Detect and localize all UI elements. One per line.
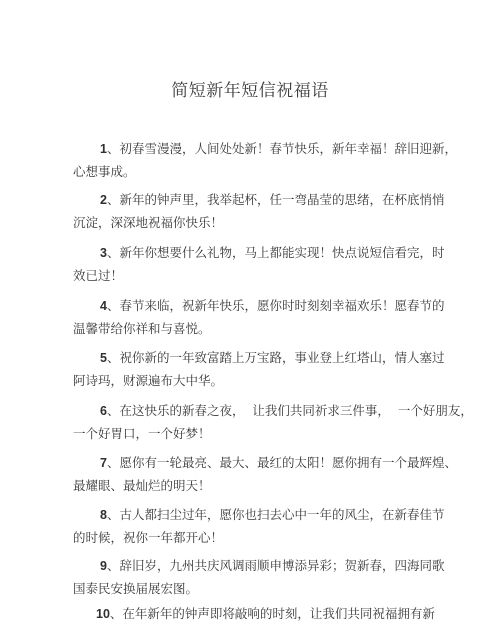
- item-separator: 、: [110, 606, 123, 621]
- item-separator: 、: [107, 298, 120, 313]
- greeting-line-1: 10、在年新年的钟声即将敲响的时刻，让我们共同祝福拥有新: [96, 607, 435, 621]
- item-number: 7: [100, 456, 107, 470]
- greeting-line-1: 8、古人都扫尘过年，愿你也扫去心中一年的风尘，在新春佳节: [100, 508, 444, 522]
- item-separator: 、: [107, 141, 120, 156]
- document-title: 简短新年短信祝福语: [0, 76, 500, 101]
- greeting-text: 古人都扫尘过年，愿你也扫去心中一年的风尘，在新春佳节: [119, 507, 444, 522]
- greeting-line-1: 3、新年你想要什么礼物，马上都能实现！快点说短信看完，时: [100, 246, 444, 260]
- greeting-text: 在这快乐的新春之夜， 让我们共同祈求三件事， 一个好朋友，: [119, 403, 472, 418]
- greeting-line-1: 6、在这快乐的新春之夜， 让我们共同祈求三件事， 一个好朋友，: [100, 404, 473, 418]
- item-separator: 、: [107, 558, 120, 573]
- greeting-line-1: 9、辞旧岁，九州共庆风调雨顺申博添异彩；贺新春，四海同歌: [100, 559, 444, 573]
- item-separator: 、: [107, 507, 120, 522]
- greeting-line-2: 一个好胃口，一个好梦！: [73, 427, 211, 441]
- document-page: 简短新年短信祝福语 1、初春雪漫漫，人间处处新！春节快乐，新年幸福！辞旧迎新， …: [0, 0, 500, 636]
- item-number: 4: [100, 299, 107, 313]
- greeting-line-2: 国泰民安换届展宏图。: [73, 582, 198, 596]
- item-number: 3: [100, 246, 107, 260]
- greeting-text: 新年的钟声里，我举起杯，任一弯晶莹的思绪，在杯底悄悄: [119, 192, 444, 207]
- greeting-line-2: 阿诗玛，财源遍布大中华。: [73, 374, 223, 388]
- greeting-line-1: 7、愿你有一轮最亮、最大、最红的太阳！愿你拥有一个最辉煌、: [100, 456, 457, 470]
- item-separator: 、: [107, 455, 120, 470]
- greeting-line-2: 的时候，祝你一年都开心！: [73, 531, 223, 545]
- greeting-line-2: 心想事成。: [73, 165, 136, 179]
- greeting-text: 愿你有一轮最亮、最大、最红的太阳！愿你拥有一个最辉煌、: [119, 455, 457, 470]
- greeting-line-1: 5、祝你新的一年致富踏上万宝路，事业登上红塔山，情人塞过: [100, 351, 444, 365]
- item-number: 5: [100, 351, 107, 365]
- item-number: 9: [100, 559, 107, 573]
- greeting-line-2: 最耀眼、最灿烂的明天！: [73, 479, 211, 493]
- greeting-line-1: 4、春节来临，祝新年快乐，愿你时时刻刻幸福欢乐！愿春节的: [100, 299, 444, 313]
- greeting-text: 初春雪漫漫，人间处处新！春节快乐，新年幸福！辞旧迎新，: [119, 141, 457, 156]
- greeting-line-1: 1、初春雪漫漫，人间处处新！春节快乐，新年幸福！辞旧迎新，: [100, 142, 457, 156]
- item-separator: 、: [107, 403, 120, 418]
- item-separator: 、: [107, 350, 120, 365]
- greeting-text: 祝你新的一年致富踏上万宝路，事业登上红塔山，情人塞过: [119, 350, 444, 365]
- item-separator: 、: [107, 245, 120, 260]
- greeting-line-2: 沉淀，深深地祝福你快乐！: [73, 216, 223, 230]
- greeting-text: 在年新年的钟声即将敲响的时刻，让我们共同祝福拥有新: [122, 606, 435, 621]
- item-number: 1: [100, 142, 107, 156]
- greeting-line-1: 2、新年的钟声里，我举起杯，任一弯晶莹的思绪，在杯底悄悄: [100, 193, 444, 207]
- greeting-line-2: 效已过！: [73, 269, 123, 283]
- item-number: 6: [100, 404, 107, 418]
- greeting-line-2: 温馨带给你祥和与喜悦。: [73, 322, 211, 336]
- item-number: 2: [100, 193, 107, 207]
- item-separator: 、: [107, 192, 120, 207]
- greeting-text: 辞旧岁，九州共庆风调雨顺申博添异彩；贺新春，四海同歌: [119, 558, 444, 573]
- item-number: 8: [100, 508, 107, 522]
- greeting-text: 春节来临，祝新年快乐，愿你时时刻刻幸福欢乐！愿春节的: [119, 298, 444, 313]
- item-number: 10: [96, 607, 110, 621]
- greeting-text: 新年你想要什么礼物，马上都能实现！快点说短信看完，时: [119, 245, 444, 260]
